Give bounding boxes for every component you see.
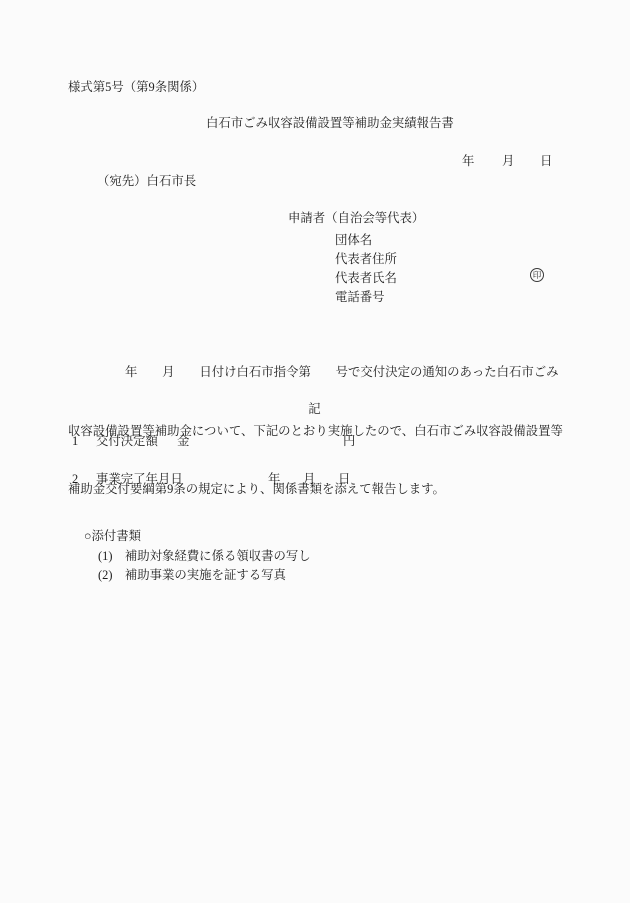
report-form-page: 様式第5号（第9条関係） 白石市ごみ収容設備設置等補助金実績報告書 年 月 日 … xyxy=(0,0,630,903)
item-1-currency-suffix: 円 xyxy=(343,434,355,449)
item-2-month-label: 月 xyxy=(303,472,315,487)
notation-marker: 記 xyxy=(0,399,630,417)
item-2-number: 2 xyxy=(72,472,78,487)
item-2-year-label: 年 xyxy=(268,472,280,487)
body-paragraph: 年 月 日付け白石市指令第 号で交付決定の通知のあった白石市ごみ 収容設備設置等… xyxy=(68,324,570,539)
date-year-label: 年 xyxy=(462,154,474,169)
applicant-field-phone: 電話番号 xyxy=(335,290,385,305)
seal-icon: 印 xyxy=(530,268,544,282)
attachments-heading: ○添付書類 xyxy=(84,529,141,544)
applicant-field-group-name: 団体名 xyxy=(335,233,372,248)
applicant-field-representative-name: 代表者氏名 xyxy=(335,271,397,286)
form-number: 様式第5号（第9条関係） xyxy=(68,80,204,95)
applicant-field-representative-address: 代表者住所 xyxy=(335,252,397,267)
item-1-number: 1 xyxy=(72,434,78,449)
attachment-item-1: (1) 補助対象経費に係る領収書の写し xyxy=(98,549,311,564)
item-1-currency-prefix: 金 xyxy=(177,434,189,449)
addressee: （宛先）白石市長 xyxy=(97,174,196,189)
document-title: 白石市ごみ収容設備設置等補助金実績報告書 xyxy=(206,116,454,131)
attachment-item-2: (2) 補助事業の実施を証する写真 xyxy=(98,568,286,583)
item-2-day-label: 日 xyxy=(338,472,350,487)
item-2-label: 事業完了年月日 xyxy=(96,472,183,487)
item-1-label: 交付決定額 xyxy=(96,434,158,449)
applicant-heading: 申請者（自治会等代表） xyxy=(288,211,424,226)
body-line-1: 年 月 日付け白石市指令第 号で交付決定の通知のあった白石市ごみ xyxy=(68,363,570,383)
date-month-label: 月 xyxy=(502,154,514,169)
date-day-label: 日 xyxy=(540,154,552,169)
